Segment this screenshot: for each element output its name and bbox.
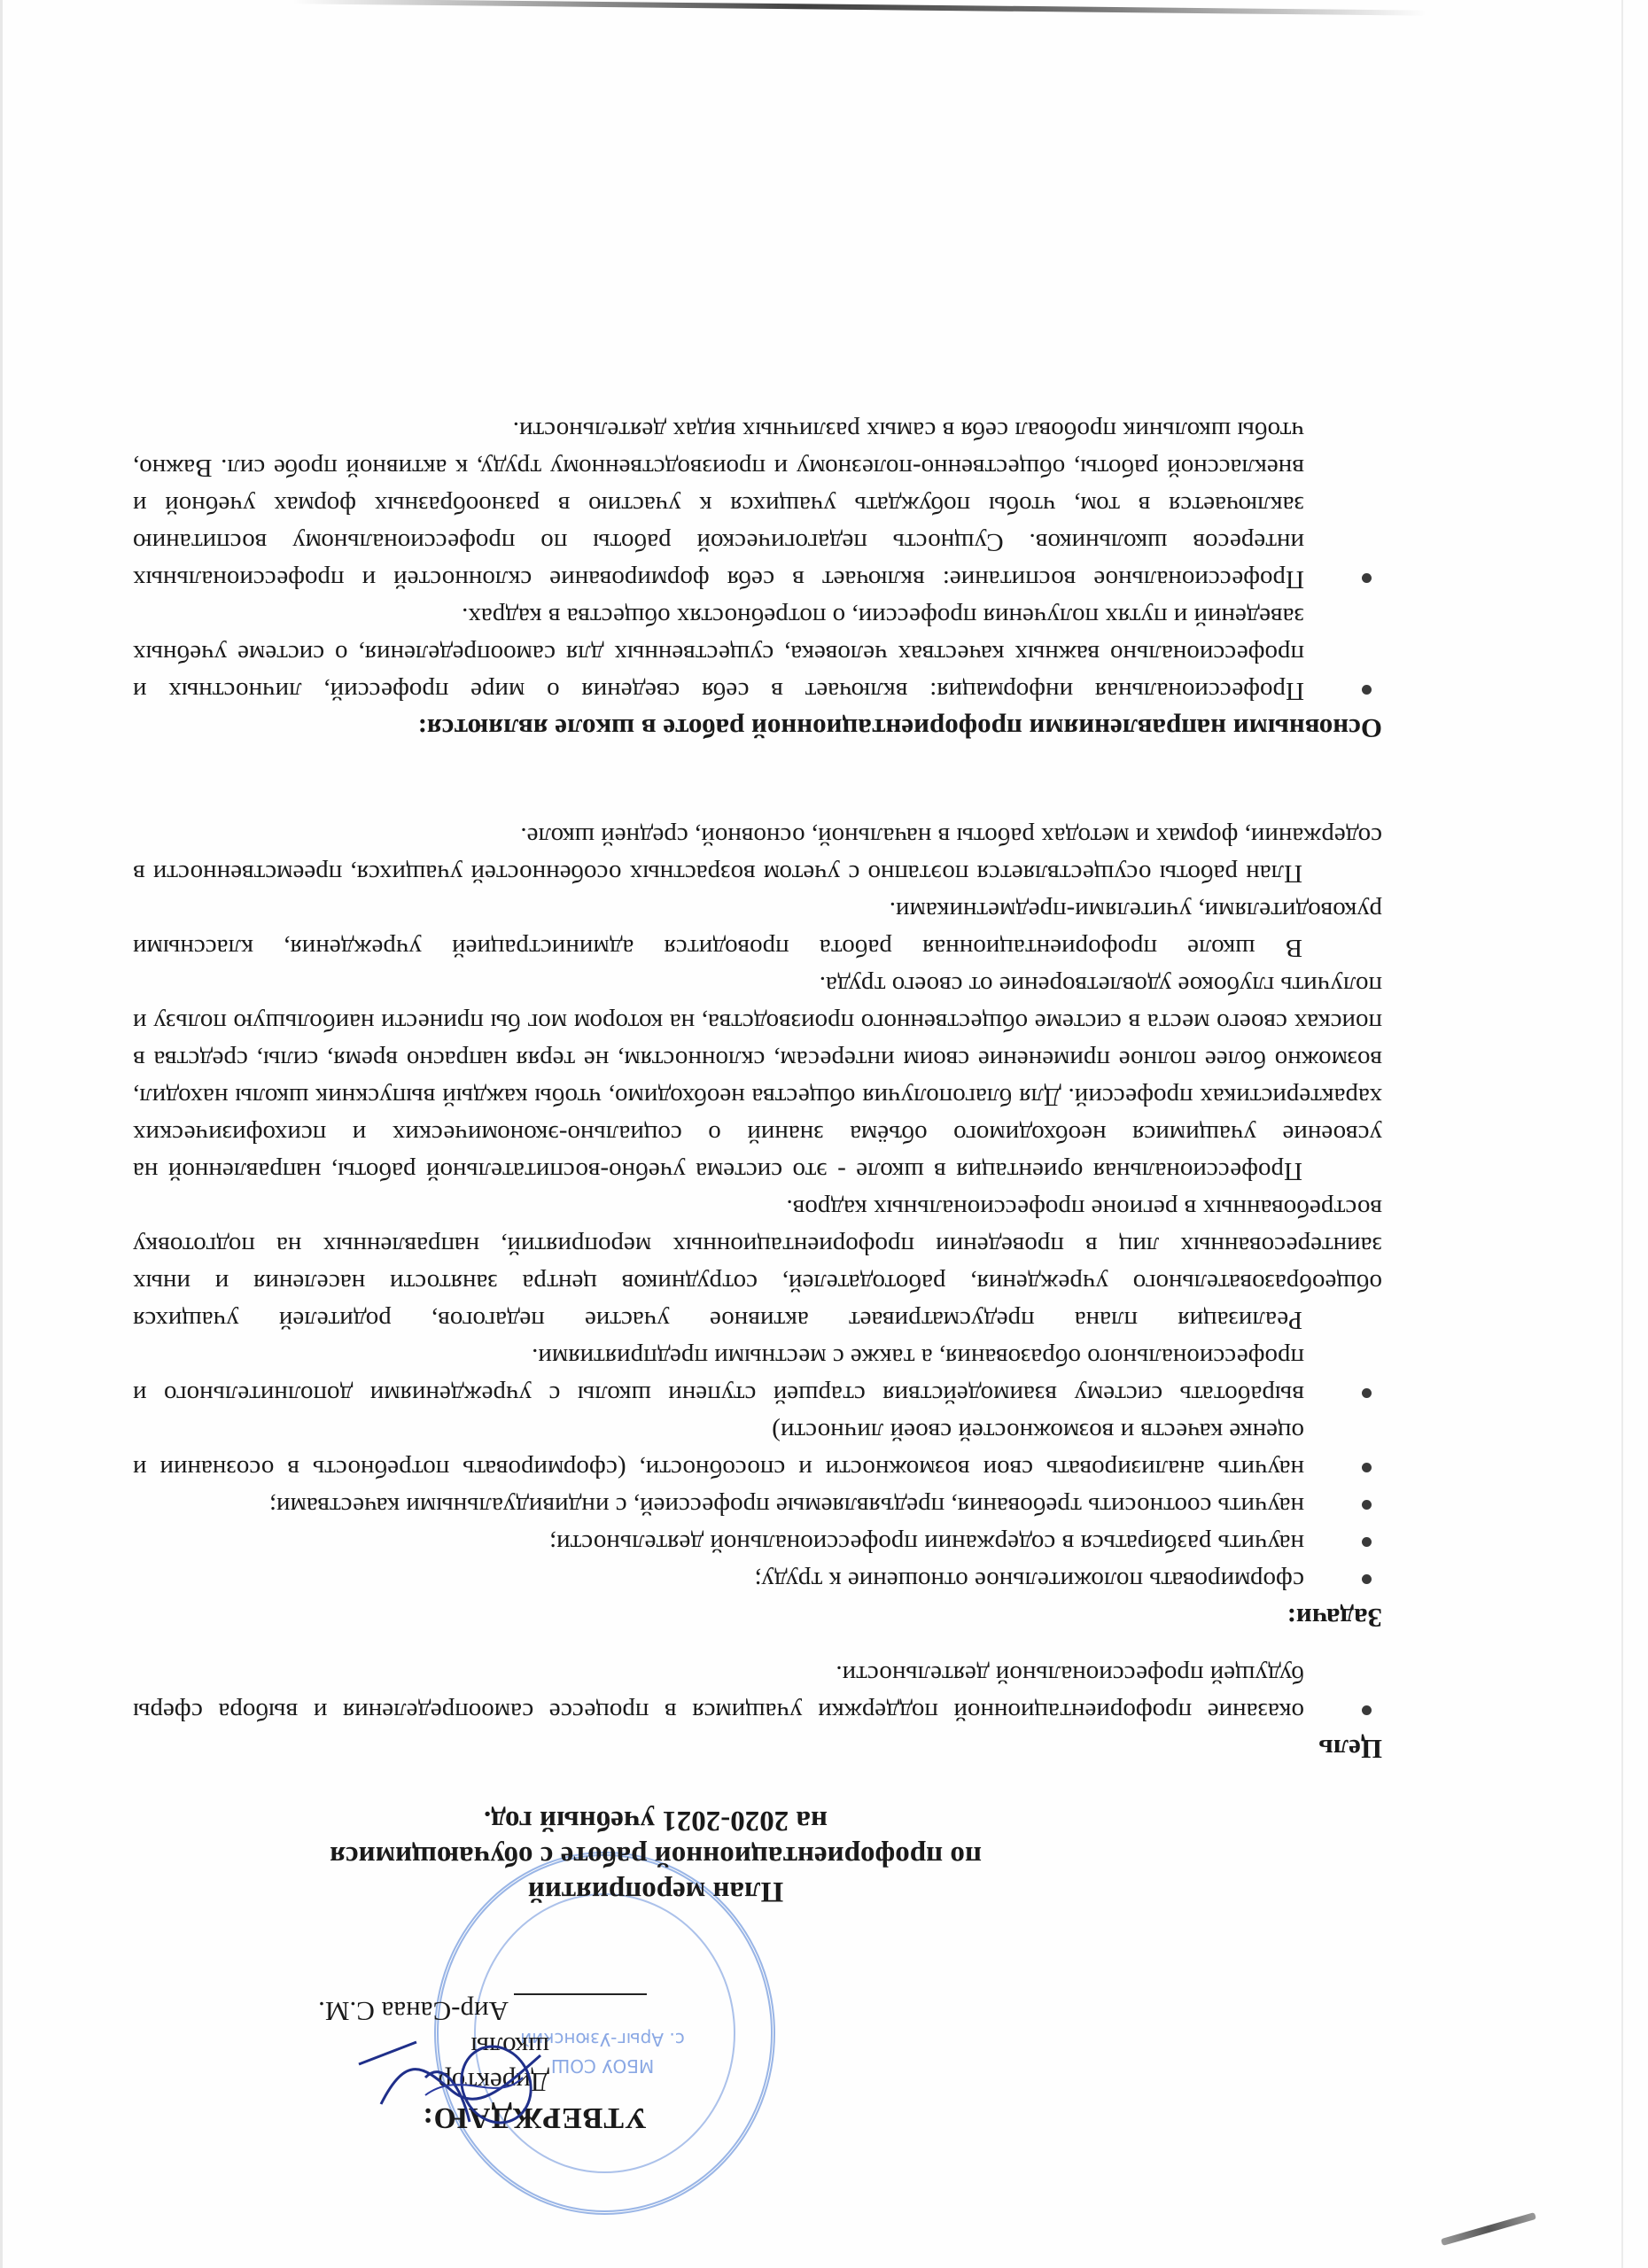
goal-item: оказание профориентационной поддержки уч… — [133, 1656, 1382, 1730]
task-item: выработать систему взаимодействия старше… — [133, 1339, 1382, 1413]
paragraph-plan: План работы осуществляется поэтапно с уч… — [133, 818, 1382, 892]
document-body: Цель оказание профориентационной поддерж… — [133, 412, 1382, 1767]
title-line-1: План мероприятий — [0, 1874, 1648, 1909]
directions-list: Профессиональная информация: включает в … — [133, 412, 1382, 710]
title-line-3: на 2020-2021 учебный год. — [0, 1803, 1648, 1838]
paragraph-orientation: Профессиональная ориентация в школе - эт… — [133, 967, 1382, 1190]
scan-edge-right — [0, 0, 3, 2268]
scan-edge-left — [1621, 0, 1623, 2268]
title-line-2: по профориентационной работе с обучающим… — [0, 1838, 1648, 1874]
approval-signer: Аир-Санаа С.М. — [318, 1996, 509, 2027]
directions-heading: Основными направлениями профориентационн… — [133, 710, 1382, 747]
paragraph-school-work: В школе профориентационная работа провод… — [133, 892, 1382, 967]
task-item: научить анализировать свои возможности и… — [133, 1413, 1382, 1487]
scanned-page: МБОУ СОШ с. Арыг-Узюнский УТВЕРЖДАЮ: Дир… — [0, 0, 1648, 2268]
task-item: сформировать положительное отношение к т… — [133, 1562, 1382, 1599]
tasks-heading: Задачи: — [133, 1599, 1382, 1636]
handwritten-signature-icon — [354, 2033, 558, 2140]
tasks-list: сформировать положительное отношение к т… — [133, 1339, 1382, 1599]
scan-pen-mark — [1441, 2212, 1536, 2246]
task-item: научить разбираться в содержании професс… — [133, 1525, 1382, 1562]
direction-item: Профессиональное воспитание: включает в … — [133, 412, 1382, 598]
direction-item: Профессиональная информация: включает в … — [133, 598, 1382, 710]
task-item: научить соотносить требования, предъявля… — [133, 1487, 1382, 1525]
signature-line — [514, 1993, 647, 2018]
document-title: План мероприятий по профориентационной р… — [0, 1803, 1648, 1909]
scan-smudge-line — [292, 0, 1426, 16]
paragraph-implementation: Реализация плана предусматривает активно… — [133, 1190, 1382, 1339]
goal-list: оказание профориентационной поддержки уч… — [133, 1656, 1382, 1730]
approval-signer-row: Аир-Санаа С.М. — [186, 1993, 647, 2029]
goal-heading: Цель — [133, 1730, 1382, 1767]
